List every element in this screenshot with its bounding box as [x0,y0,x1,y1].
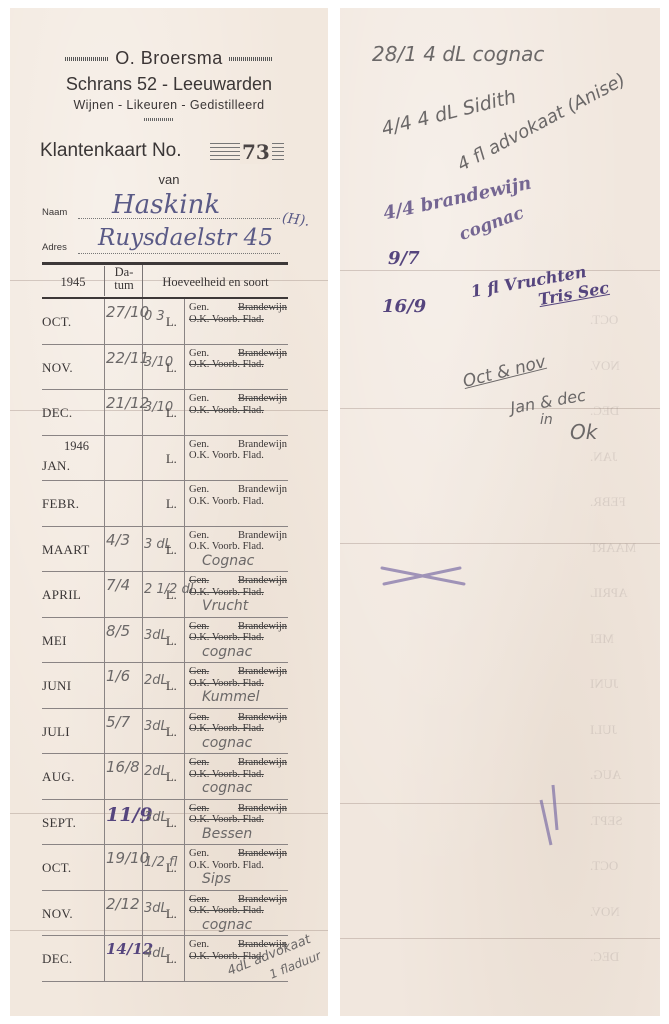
bleed-through-month: AUG. [590,767,621,783]
row-quantity: 3dL [144,628,168,643]
paper-fold [340,938,660,939]
kind-ok-voorb-flad: O.K. Voorb. Flad. [189,541,264,552]
row-month: APRIL [42,587,81,603]
column-divider [184,845,185,890]
merchant-name: O. Broersma [10,48,328,69]
kind-gen: Gen. [189,439,209,451]
bleed-through-month: APRIL [590,585,628,601]
kind-brandewijn: Brandewijn [238,848,287,860]
column-divider [184,436,185,481]
column-divider [142,663,143,708]
customer-name: Haskink [112,190,220,220]
kind-gen: Gen. [189,484,209,496]
table-row: OCT. 19/10 1/2 fl L. Gen.Brandewijn O.K.… [42,845,288,891]
kind-brandewijn: Brandewijn [238,530,287,542]
column-divider [184,663,185,708]
header-quantity-kind: Hoeveelheid en soort [142,265,288,297]
back-note: 16/9 [382,296,426,317]
row-unit: L. [166,406,177,421]
row-month: NOV. [42,906,73,922]
column-divider [104,936,105,981]
column-divider [142,618,143,663]
kind-gen: Gen. [189,575,209,587]
row-month: JAN. [42,458,70,474]
row-note: Kummel [202,689,259,705]
kind-gen: Gen. [189,712,209,724]
row-kind: Gen.Brandewijn O.K. Voorb. Flad. [189,302,287,325]
column-divider [104,436,105,481]
row-quantity: 3dL [144,719,168,734]
van-label: van [10,172,328,187]
table-row: NOV. 2/12 3dL L. Gen.Brandewijn O.K. Voo… [42,891,288,937]
row-quantity: 4dL [144,946,168,961]
table-row: OCT. 27/10 0 3 L. Gen.Brandewijn O.K. Vo… [42,299,288,345]
row-note: cognac [202,644,252,660]
row-unit: L. [166,679,177,694]
decorative-rule [229,57,273,61]
column-divider [184,345,185,390]
row-note: Sips [202,871,231,887]
column-divider [104,845,105,890]
kind-ok-voorb-flad: O.K. Voorb. Flad. [189,405,264,416]
column-divider [184,800,185,845]
table-row: AUG. 16/8 2dL L. Gen.Brandewijn O.K. Voo… [42,754,288,800]
kind-gen: Gen. [189,757,209,769]
column-divider [104,572,105,617]
row-quantity: 2dL [144,673,168,688]
address-label: Adres [42,242,67,253]
kind-ok-voorb-flad: O.K. Voorb. Flad. [189,587,264,598]
kind-ok-voorb-flad: O.K. Voorb. Flad. [189,678,264,689]
row-kind: Gen.Brandewijn O.K. Voorb. Flad. [189,439,287,462]
row-kind: Gen.Brandewijn O.K. Voorb. Flad. [189,530,287,553]
row-unit: L. [166,861,177,876]
kind-ok-voorb-flad: O.K. Voorb. Flad. [189,314,264,325]
row-unit: L. [166,725,177,740]
row-kind: Gen.Brandewijn O.K. Voorb. Flad. [189,484,287,507]
table-header: 1945 Da- tum Hoeveelheid en soort [42,265,288,297]
table-row: FEBR. L. Gen.Brandewijn O.K. Voorb. Flad… [42,481,288,527]
row-kind: Gen.Brandewijn O.K. Voorb. Flad. [189,757,287,780]
column-divider [142,891,143,936]
row-datum: 8/5 [106,622,130,640]
kind-gen: Gen. [189,939,209,951]
row-quantity: 3dL [144,901,168,916]
row-month: NOV. [42,360,73,376]
column-divider [104,663,105,708]
address-line [78,252,280,254]
kind-gen: Gen. [189,803,209,815]
row-unit: L. [166,588,177,603]
kind-brandewijn: Brandewijn [238,393,287,405]
column-divider [142,754,143,799]
row-datum: 4/3 [106,531,130,549]
kind-brandewijn: Brandewijn [238,484,287,496]
kind-gen: Gen. [189,393,209,405]
kind-brandewijn: Brandewijn [238,803,287,815]
column-divider [104,891,105,936]
customer-address: Ruysdaelstr 45 [98,225,273,251]
column-divider [184,754,185,799]
bleed-through-month: NOV. [590,904,620,920]
bleed-through-month: JULI [590,722,617,738]
kind-ok-voorb-flad: O.K. Voorb. Flad. [189,450,264,461]
merchant-name-text: O. Broersma [115,48,223,68]
column-divider [142,481,143,526]
row-kind: Gen.Brandewijn O.K. Voorb. Flad. [189,348,287,371]
bleed-through-month: MEI [590,631,614,647]
column-divider [104,527,105,572]
row-note: cognac [202,780,252,796]
header-datum: Da- tum [104,266,143,296]
row-month: SEPT. [42,815,76,831]
table-row: 1946 JAN. L. Gen.Brandewijn O.K. Voorb. … [42,436,288,482]
table-row: MAART 4/3 3 dL L. Gen.Brandewijn O.K. Vo… [42,527,288,573]
row-kind: Gen.Brandewijn O.K. Voorb. Flad. [189,393,287,416]
row-unit: L. [166,543,177,558]
row-month: DEC. [42,951,72,967]
row-month: OCT. [42,860,72,876]
bleed-through-month: OCT. [590,312,618,328]
column-divider [184,936,185,981]
column-divider [184,527,185,572]
column-divider [184,481,185,526]
column-divider [142,436,143,481]
back-note: Ok [570,420,597,444]
row-unit: L. [166,952,177,967]
row-unit: L. [166,497,177,512]
paper-fold [340,803,660,804]
kind-brandewijn: Brandewijn [238,621,287,633]
kind-gen: Gen. [189,530,209,542]
row-datum: 1/6 [106,667,130,685]
row-datum: 5/7 [106,713,130,731]
card-number: 73 [240,140,272,164]
name-label: Naam [42,207,67,218]
row-kind: Gen.Brandewijn O.K. Voorb. Flad. [189,894,287,917]
row-kind: Gen.Brandewijn O.K. Voorb. Flad. [189,848,287,871]
row-note: cognac [202,917,252,933]
column-divider [104,345,105,390]
column-divider [184,390,185,435]
row-quantity: 3dL [144,810,168,825]
kind-ok-voorb-flad: O.K. Voorb. Flad. [189,905,264,916]
table-row: JULI 5/7 3dL L. Gen.Brandewijn O.K. Voor… [42,709,288,755]
row-year: 1946 [64,439,89,454]
kind-brandewijn: Brandewijn [238,439,287,451]
row-quantity: 0 3 [144,309,165,324]
back-note: 9/7 [388,248,420,269]
row-note: Cognac [202,553,254,569]
header-year: 1945 [42,275,104,290]
purple-tally-mark [535,780,565,850]
row-month: JUNI [42,678,71,694]
kind-ok-voorb-flad: O.K. Voorb. Flad. [189,359,264,370]
column-divider [104,299,105,344]
bleed-through-month: DEC. [590,403,619,419]
row-note: Vrucht [202,598,248,614]
kind-ok-voorb-flad: O.K. Voorb. Flad. [189,769,264,780]
column-divider [104,481,105,526]
back-note: 28/1 4 dL cognac [372,42,544,66]
bleed-through-month: FEBR. [590,494,626,510]
kind-brandewijn: Brandewijn [238,348,287,360]
merchant-trade: Wijnen - Likeuren - Gedistilleerd [10,98,328,112]
column-divider [142,527,143,572]
row-kind: Gen.Brandewijn O.K. Voorb. Flad. [189,575,287,598]
row-kind: Gen.Brandewijn O.K. Voorb. Flad. [189,666,287,689]
purchase-table: 1945 Da- tum Hoeveelheid en soort OCT. 2… [42,262,288,982]
column-divider [104,800,105,845]
row-month: MAART [42,542,90,558]
decorative-rule [144,118,174,121]
column-divider [104,618,105,663]
kind-ok-voorb-flad: O.K. Voorb. Flad. [189,860,264,871]
column-divider [142,709,143,754]
table-row: NOV. 22/11 3/10 L. Gen.Brandewijn O.K. V… [42,345,288,391]
row-unit: L. [166,907,177,922]
kind-gen: Gen. [189,348,209,360]
row-datum: 16/8 [106,758,140,776]
kind-ok-voorb-flad: O.K. Voorb. Flad. [189,814,264,825]
table-row: APRIL 7/4 2 1/2 dl L. Gen.Brandewijn O.K… [42,572,288,618]
row-note: cognac [202,735,252,751]
bleed-through-month: DEC. [590,949,619,965]
bleed-through-month: SEPT. [590,813,623,829]
row-month: FEBR. [42,496,79,512]
table-row: DEC. 21/12 3/10 L. Gen.Brandewijn O.K. V… [42,390,288,436]
column-divider [184,299,185,344]
table-body: OCT. 27/10 0 3 L. Gen.Brandewijn O.K. Vo… [42,299,288,982]
bleed-through-month: NOV. [590,358,620,374]
kind-brandewijn: Brandewijn [238,666,287,678]
column-divider [104,709,105,754]
column-divider [142,572,143,617]
kind-brandewijn: Brandewijn [238,894,287,906]
row-unit: L. [166,770,177,785]
bleed-through-month: JUNI [590,676,618,692]
kind-brandewijn: Brandewijn [238,757,287,769]
merchant-address: Schrans 52 - Leeuwarden [10,74,328,95]
row-month: DEC. [42,405,72,421]
row-kind: Gen.Brandewijn O.K. Voorb. Flad. [189,621,287,644]
row-month: OCT. [42,314,72,330]
kind-ok-voorb-flad: O.K. Voorb. Flad. [189,496,264,507]
table-row: SEPT. 11/9 3dL L. Gen.Brandewijn O.K. Vo… [42,800,288,846]
row-month: JULI [42,724,70,740]
kind-brandewijn: Brandewijn [238,575,287,587]
column-divider [184,709,185,754]
purple-x-mark [380,560,470,590]
row-unit: L. [166,816,177,831]
kind-brandewijn: Brandewijn [238,712,287,724]
kind-gen: Gen. [189,621,209,633]
kind-ok-voorb-flad: O.K. Voorb. Flad. [189,723,264,734]
row-kind: Gen.Brandewijn O.K. Voorb. Flad. [189,712,287,735]
card-title: Klantenkaart No. [40,140,182,162]
kind-gen: Gen. [189,848,209,860]
row-datum: 21/12 [106,394,149,412]
bleed-through-month: OCT. [590,858,618,874]
back-note: in [540,412,553,428]
row-unit: L. [166,452,177,467]
kind-gen: Gen. [189,894,209,906]
row-unit: L. [166,315,177,330]
row-datum: 27/10 [106,303,149,321]
kind-gen: Gen. [189,666,209,678]
row-kind: Gen.Brandewijn O.K. Voorb. Flad. [189,803,287,826]
row-unit: L. [166,361,177,376]
row-datum: 2/12 [106,895,140,913]
row-month: MEI [42,633,67,649]
kind-brandewijn: Brandewijn [238,302,287,314]
row-unit: L. [166,634,177,649]
paper-fold [340,270,660,271]
row-note: Bessen [202,826,252,842]
row-datum: 19/10 [106,849,149,867]
column-divider [184,618,185,663]
table-row: MEI 8/5 3dL L. Gen.Brandewijn O.K. Voorb… [42,618,288,664]
row-month: AUG. [42,769,75,785]
row-datum: 7/4 [106,576,130,594]
row-datum: 22/11 [106,349,149,367]
column-divider [104,390,105,435]
decorative-rule [65,57,109,61]
table-row: JUNI 1/6 2dL L. Gen.Brandewijn O.K. Voor… [42,663,288,709]
kind-ok-voorb-flad: O.K. Voorb. Flad. [189,632,264,643]
column-divider [184,891,185,936]
bleed-through-month: JAN. [590,449,617,465]
column-divider [104,754,105,799]
row-quantity: 2dL [144,764,168,779]
bleed-through-month: MAART [590,540,636,556]
kind-gen: Gen. [189,302,209,314]
